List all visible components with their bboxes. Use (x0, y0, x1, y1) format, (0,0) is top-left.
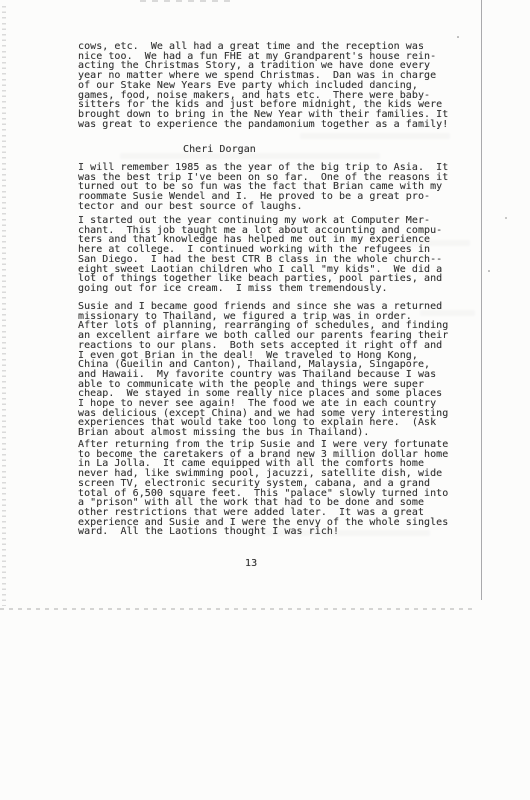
left-perforation-edge (2, 6, 6, 606)
paragraph: Susie and I became good friends and sinc… (78, 302, 458, 438)
scan-smudge (300, 133, 450, 139)
paragraph: cows, etc. We all had a great time and t… (78, 42, 458, 129)
paragraph: I will remember 1985 as the year of the … (78, 163, 458, 212)
right-page-edge-line (481, 0, 482, 600)
scan-speck (505, 217, 507, 219)
scan-speck (488, 270, 490, 272)
paragraph: After returning from the trip Susie and … (78, 440, 458, 537)
section-heading: Cheri Dorgan (183, 145, 256, 155)
bottom-perforation-line (0, 608, 477, 610)
top-edge-scan-mark (140, 0, 235, 2)
page-number: 13 (245, 559, 257, 569)
paragraph: I started out the year continuing my wor… (78, 216, 458, 294)
scan-speck (457, 36, 459, 38)
scanned-document-page: cows, etc. We all had a great time and t… (0, 0, 530, 800)
